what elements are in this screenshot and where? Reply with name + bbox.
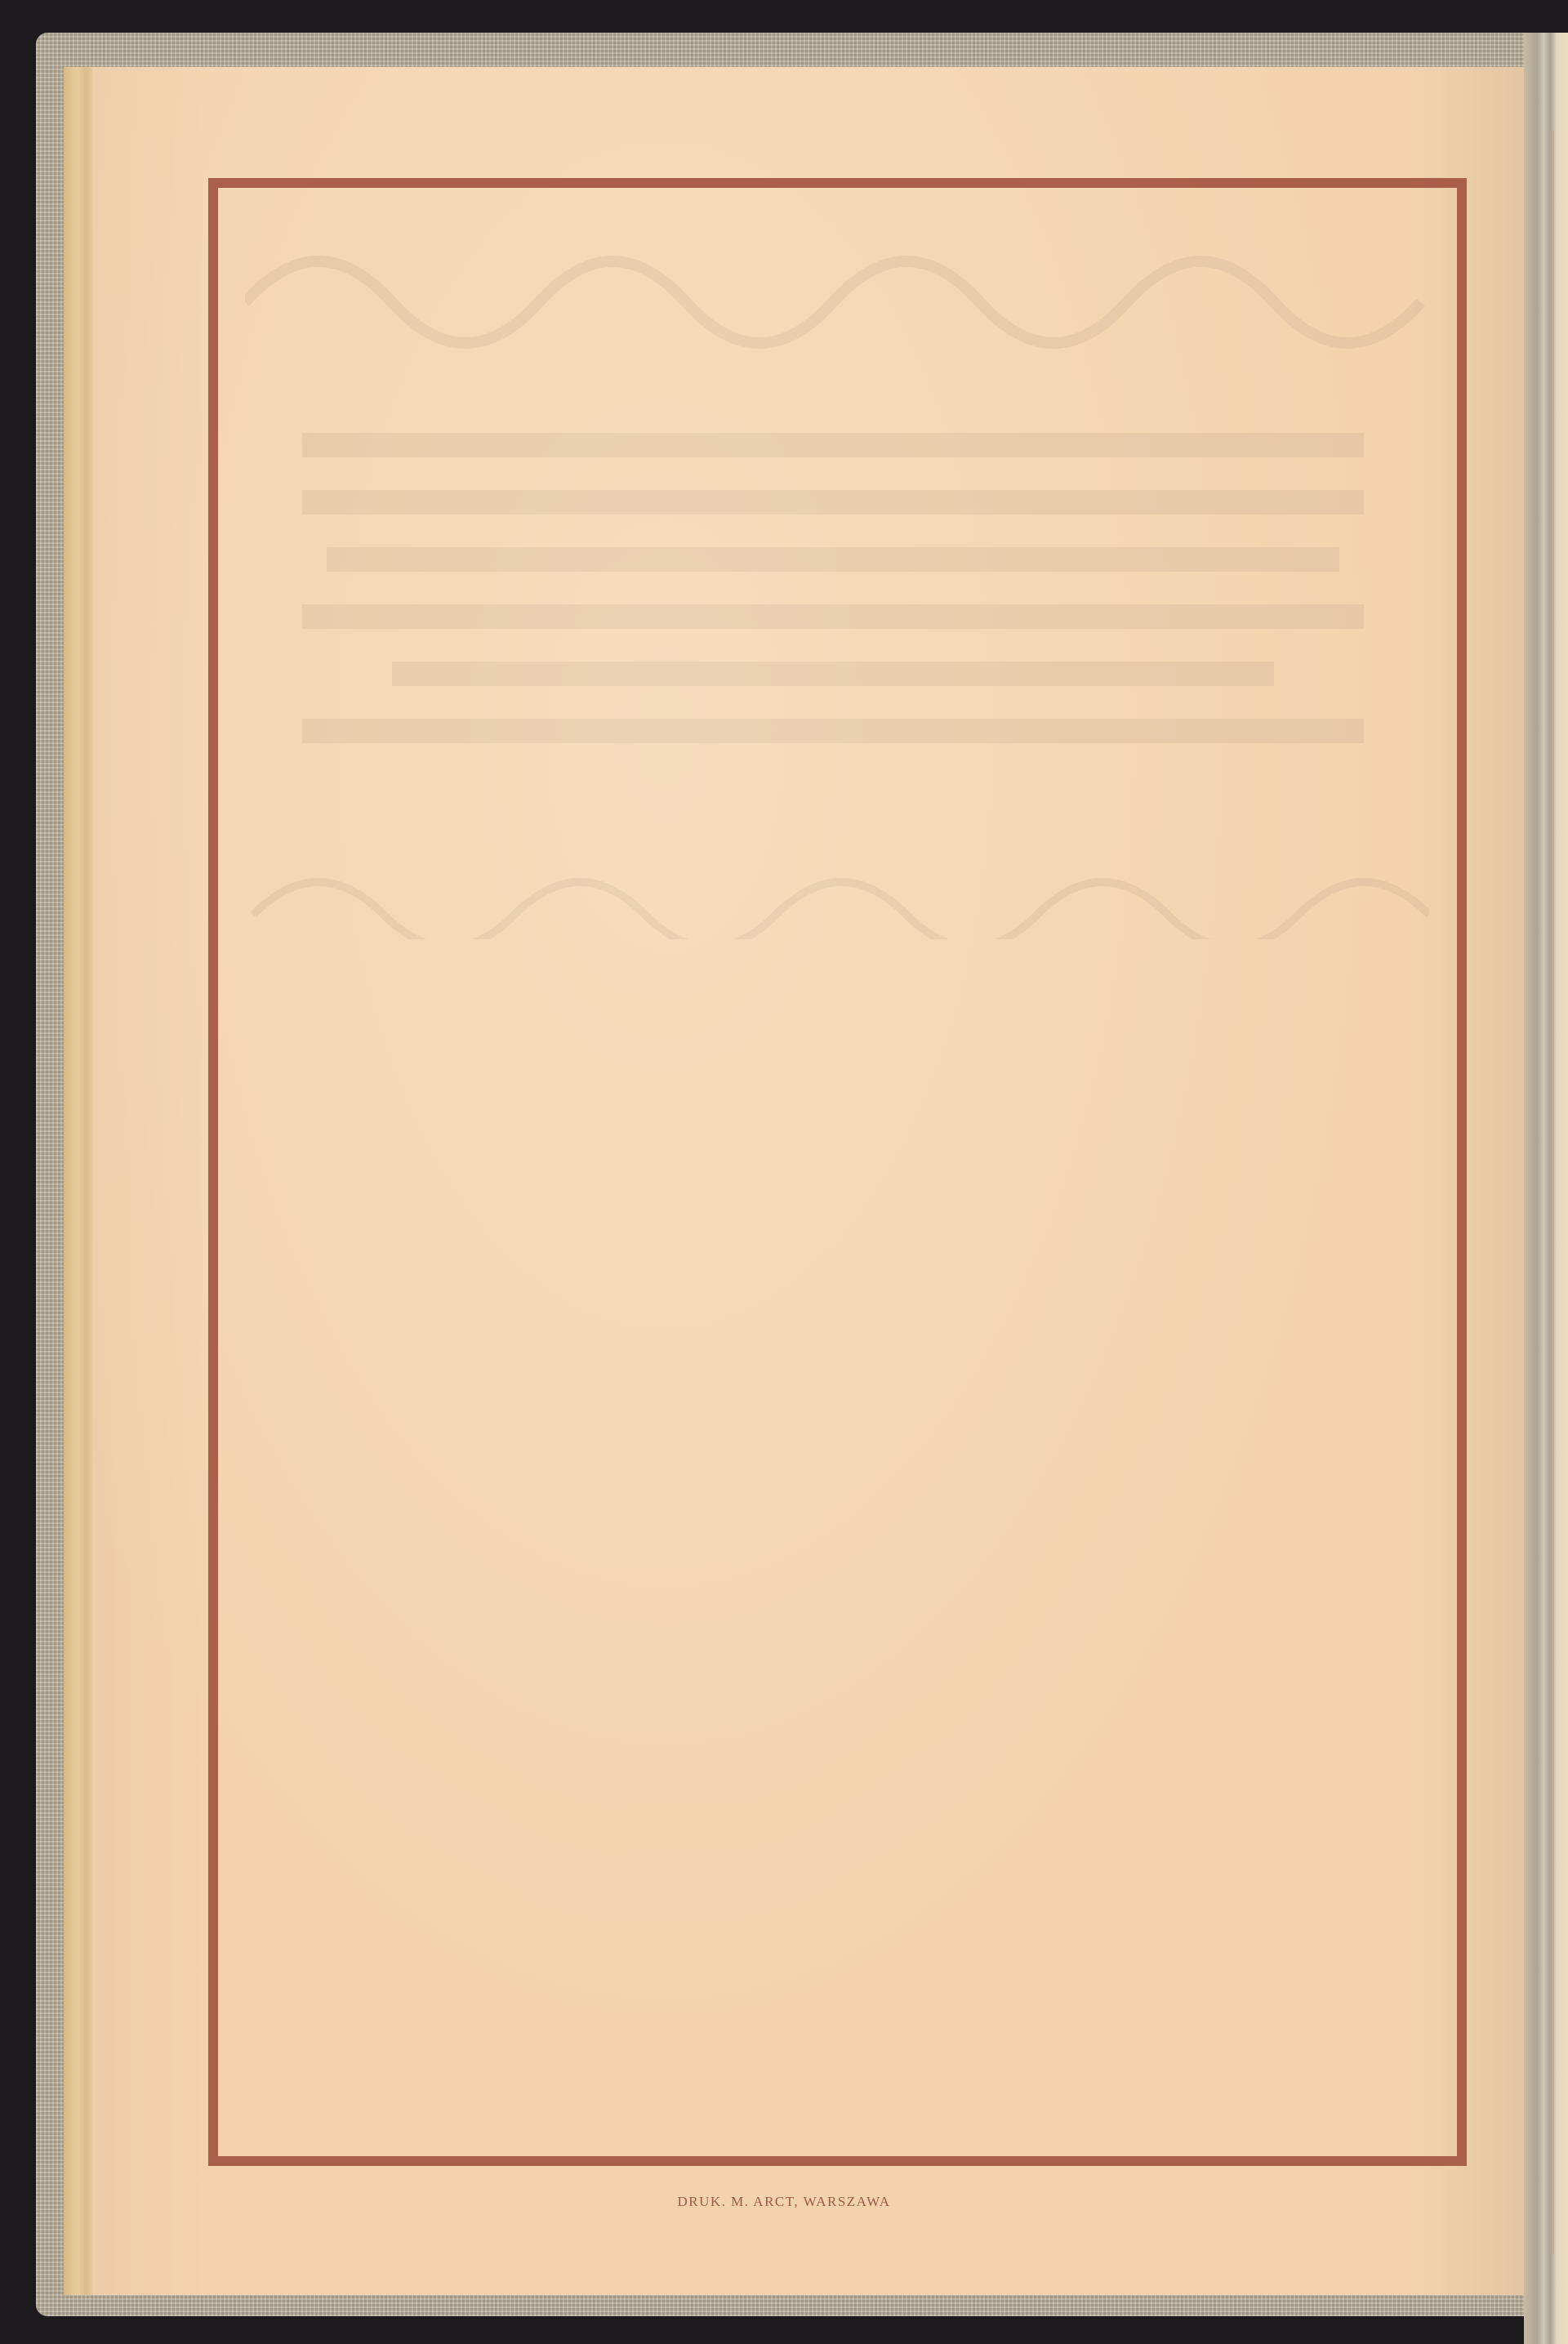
printer-imprint: DRUK. M. ARCT, WARSZAWA — [0, 2194, 1568, 2210]
page-edges — [64, 67, 96, 2295]
decorative-border-frame — [208, 178, 1467, 2166]
facing-page-edge — [1550, 131, 1568, 2254]
